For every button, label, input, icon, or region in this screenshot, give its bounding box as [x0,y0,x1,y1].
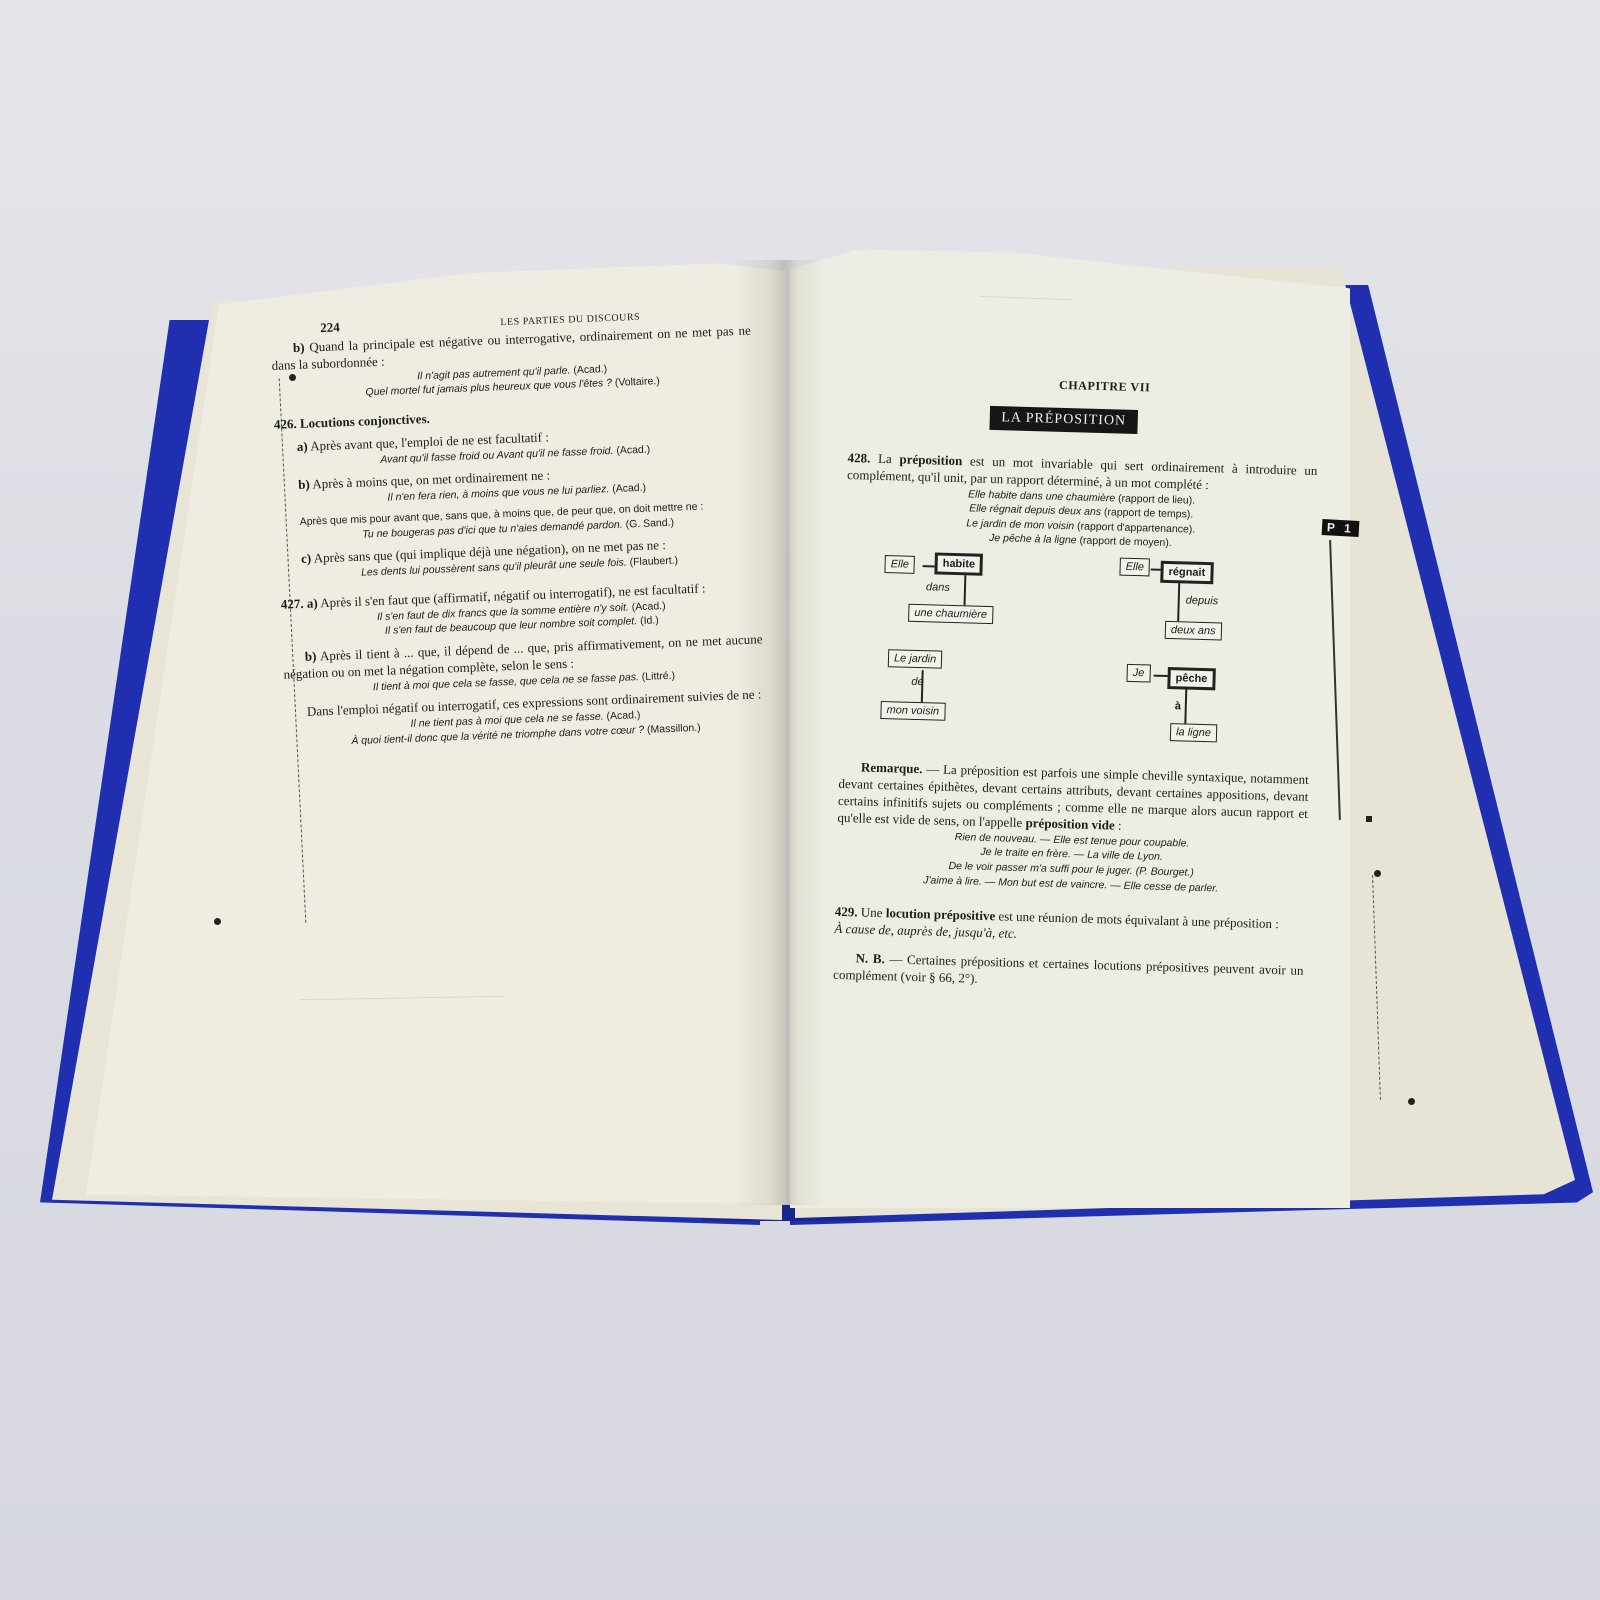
diagram-complement-box: mon voisin [880,701,945,721]
diagram-verb-box: pêche [1167,667,1215,691]
sentence-diagrams: Elle habite dans une chaumière Elle régn… [839,548,1315,766]
diagram-preposition: dans [926,580,950,595]
diagram-complement-box: une chaumière [908,604,993,625]
diagram-subject-box: Elle [1119,558,1150,577]
diagram-complement-box: deux ans [1165,621,1222,641]
left-page-text: 224 LES PARTIES DU DISCOURS b) Quand la … [270,304,766,753]
diagram-subject-box: Je [1126,664,1150,683]
diagram-complement-box: la ligne [1170,723,1217,743]
remark-paragraph: Remarque. — La préposition est parfois u… [837,759,1309,840]
item-label: b) [293,340,305,355]
margin-marker-dot [214,918,221,925]
diagram-verb-box: régnait [1160,561,1213,585]
diagram-subject-box: Le jardin [888,649,943,669]
right-page-text: CHAPITRE VII LA PRÉPOSITION 428. La prép… [833,372,1320,997]
diagram-preposition: depuis [1186,594,1219,609]
margin-marker-square [1366,816,1372,822]
photo-scene: ────────────────────── ────────── 224 LE… [0,0,1600,1600]
margin-marker-dot [1408,1098,1415,1105]
section-badge: P 1 [1322,519,1360,537]
chapter-title: LA PRÉPOSITION [989,406,1138,434]
page-number: 224 [320,319,340,337]
diagram-preposition: à [1175,699,1182,713]
show-through-text: ────────── [980,288,1073,307]
diagram-verb-box: habite [934,553,983,577]
running-title: LES PARTIES DU DISCOURS [500,311,640,329]
margin-marker-dot [1374,870,1381,877]
diagram-subject-box: Elle [884,555,915,574]
diagram-preposition: de [911,675,924,690]
